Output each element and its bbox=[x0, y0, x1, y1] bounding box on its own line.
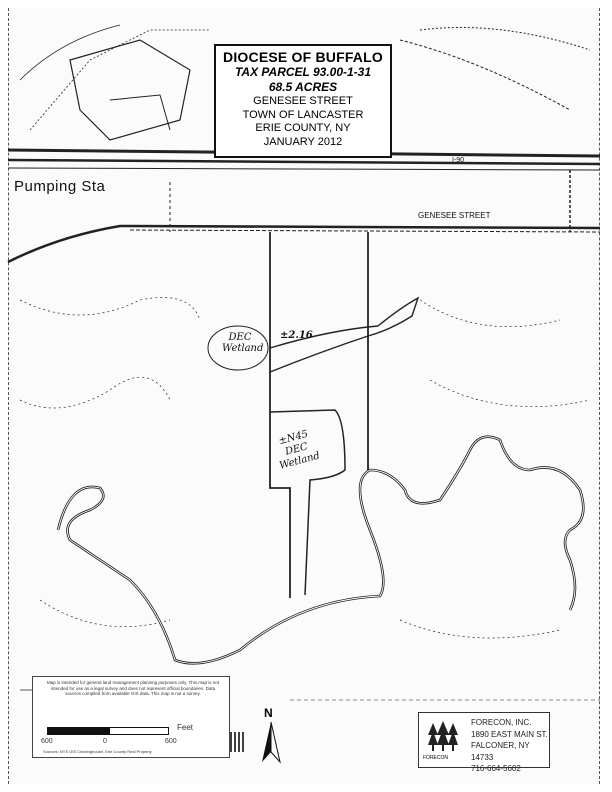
creek bbox=[58, 437, 583, 664]
county-name: ERIE COUNTY, NY bbox=[216, 122, 390, 136]
company-city: FALCONER, NY 14733 bbox=[471, 740, 549, 763]
highway-label: I-90 bbox=[452, 157, 464, 164]
north-label: N bbox=[264, 706, 273, 720]
acreage: 68.5 ACRES bbox=[216, 80, 390, 95]
logo-text: FORECON bbox=[423, 755, 448, 761]
title-block: DIOCESE OF BUFFALO TAX PARCEL 93.00-1-31… bbox=[214, 44, 392, 158]
map-date: JANUARY 2012 bbox=[216, 136, 390, 150]
qr-code-icon bbox=[230, 732, 244, 752]
scale-mid-value: 0 bbox=[103, 739, 107, 745]
legend-footnote: Sources: NYS GIS Clearinghouse, Erie Cou… bbox=[43, 749, 152, 755]
street-name: GENESEE STREET bbox=[216, 95, 390, 109]
north-arrow: N bbox=[258, 708, 284, 764]
legend-box: Map is intended for general land managem… bbox=[32, 676, 230, 758]
tree-logo-icon bbox=[427, 719, 459, 753]
company-address: 1890 EAST MAIN ST. bbox=[471, 729, 549, 741]
scale-left-value: 600 bbox=[41, 739, 53, 745]
town-name: TOWN OF LANCASTER bbox=[216, 109, 390, 123]
wetland-acreage-note: ±2.16 bbox=[280, 330, 313, 341]
company-info-box: FORECON FORECON, INC. 1890 EAST MAIN ST.… bbox=[418, 712, 550, 768]
company-name: FORECON, INC. bbox=[471, 717, 549, 729]
parcel-boundary-west bbox=[270, 232, 290, 598]
street-label: GENESEE STREET bbox=[418, 211, 490, 220]
company-phone: 716-664-5602 bbox=[471, 763, 549, 775]
tax-parcel: TAX PARCEL 93.00-1-31 bbox=[216, 65, 390, 80]
pumping-station-label: Pumping Sta bbox=[14, 178, 105, 195]
scale-right-value: 600 bbox=[165, 739, 177, 745]
building-outline bbox=[70, 40, 190, 140]
dec-wetland-1-label: DEC Wetland bbox=[222, 332, 258, 354]
organization-title: DIOCESE OF BUFFALO bbox=[216, 49, 390, 65]
disclaimer-text: Map is intended for general land managem… bbox=[33, 677, 229, 697]
scale-bar bbox=[47, 727, 169, 735]
scale-unit: Feet bbox=[177, 725, 193, 731]
